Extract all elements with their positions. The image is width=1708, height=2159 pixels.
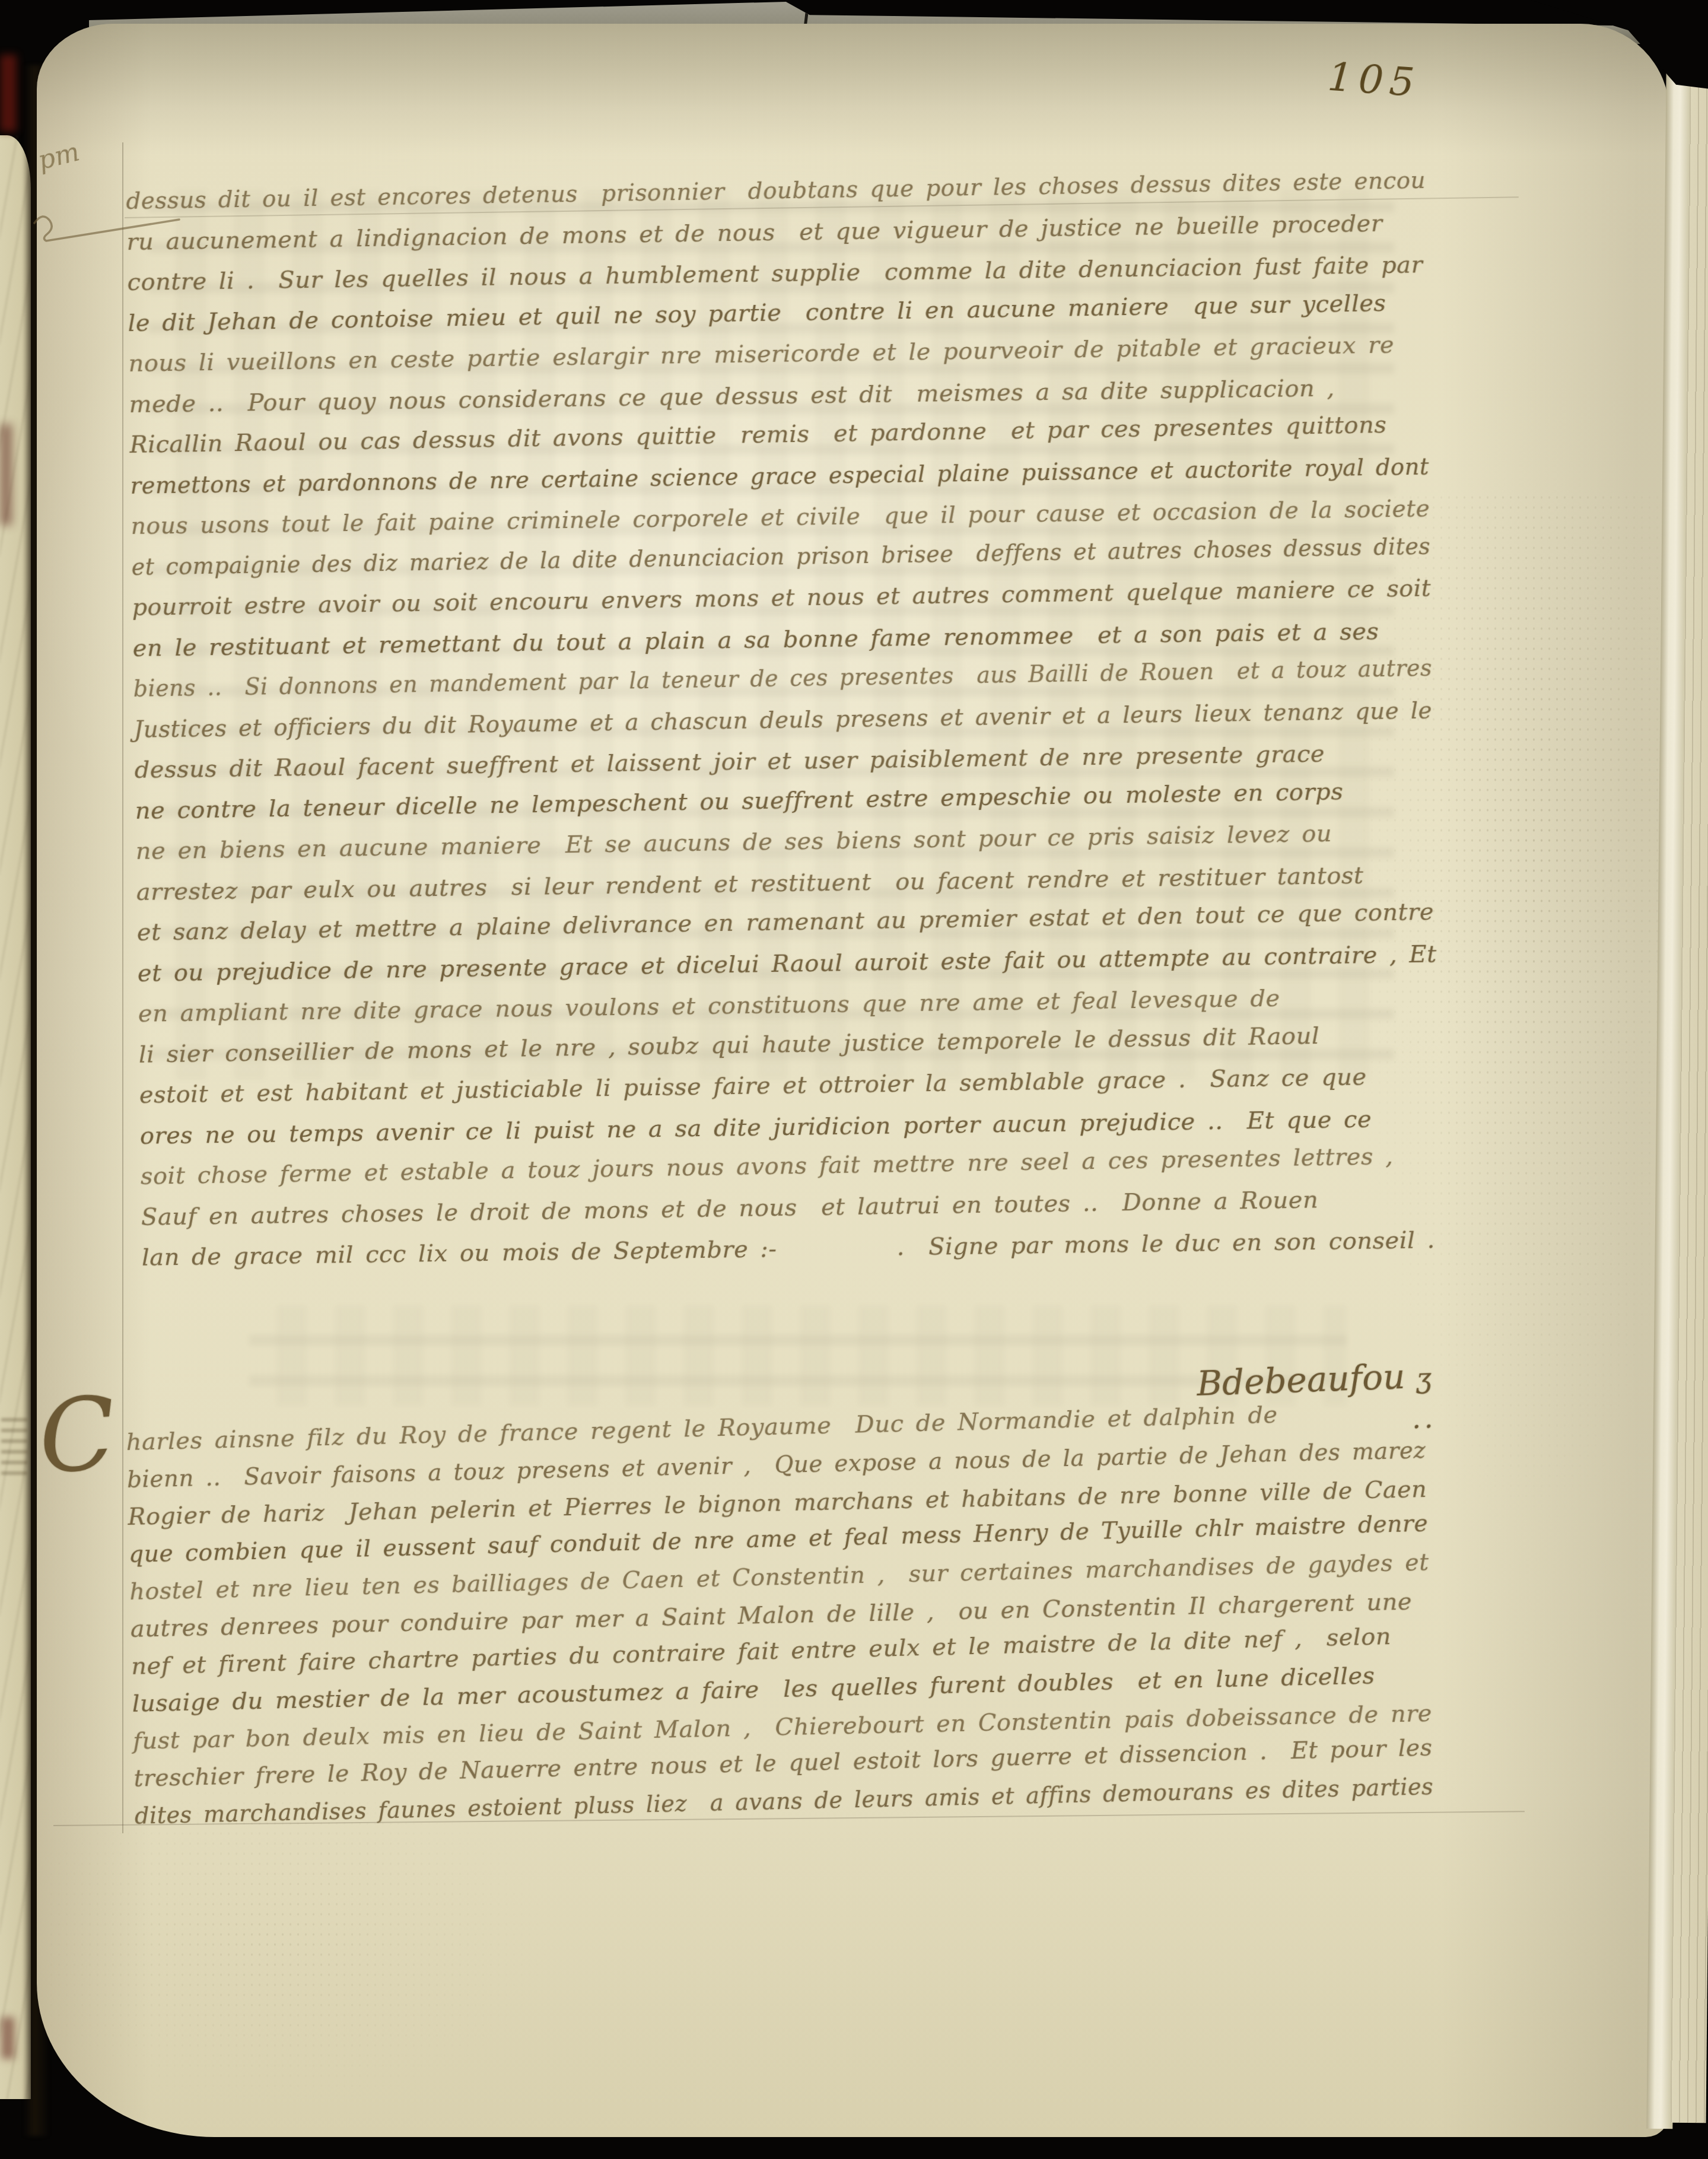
manuscript-photo: 105 pm dessus dit ou il est encores dete… xyxy=(0,0,1708,2159)
letter-charles-text-block: harles ainsne filz du Roy de france rege… xyxy=(126,1394,1434,1835)
page-top-shading xyxy=(37,24,1669,154)
binding-leather-glimpse xyxy=(1,2017,14,2059)
binding-leather-glimpse xyxy=(0,55,17,132)
ruled-margin-line xyxy=(122,142,123,1833)
folio-number: 105 xyxy=(1327,54,1422,106)
binding-leather-glimpse xyxy=(0,424,12,525)
decorated-initial: C xyxy=(35,1375,119,1496)
facing-edge-ink-marks xyxy=(1,1418,27,1475)
letter-remission-text-block: dessus dit ou il est encores detenus pri… xyxy=(126,162,1441,1279)
